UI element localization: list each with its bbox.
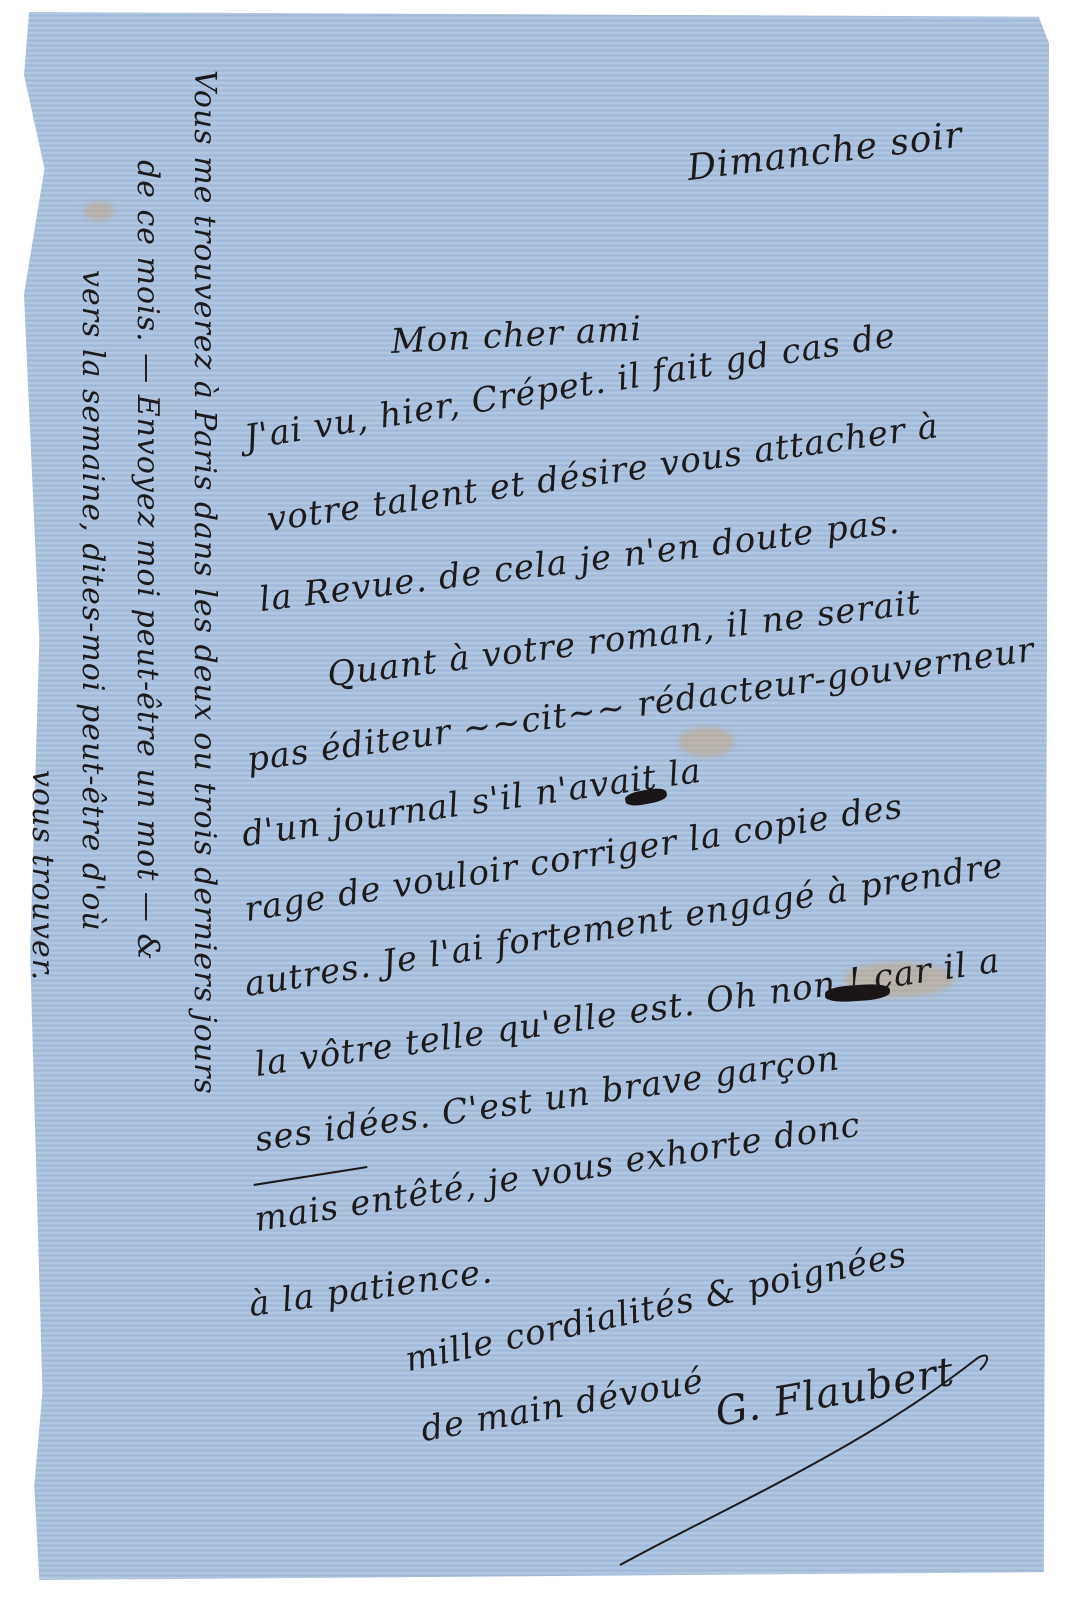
signature-flourish (600, 1340, 1020, 1580)
stain (84, 202, 114, 220)
margin-line: vous trouver. (25, 770, 60, 981)
margin-line: Vous me trouverez à Paris dans les deux … (187, 70, 222, 1095)
margin-line: vers la semaine, dites-moi peut-être d'o… (75, 270, 110, 932)
margin-line: de ce mois. — Envoyez moi peut-être un m… (130, 160, 165, 961)
